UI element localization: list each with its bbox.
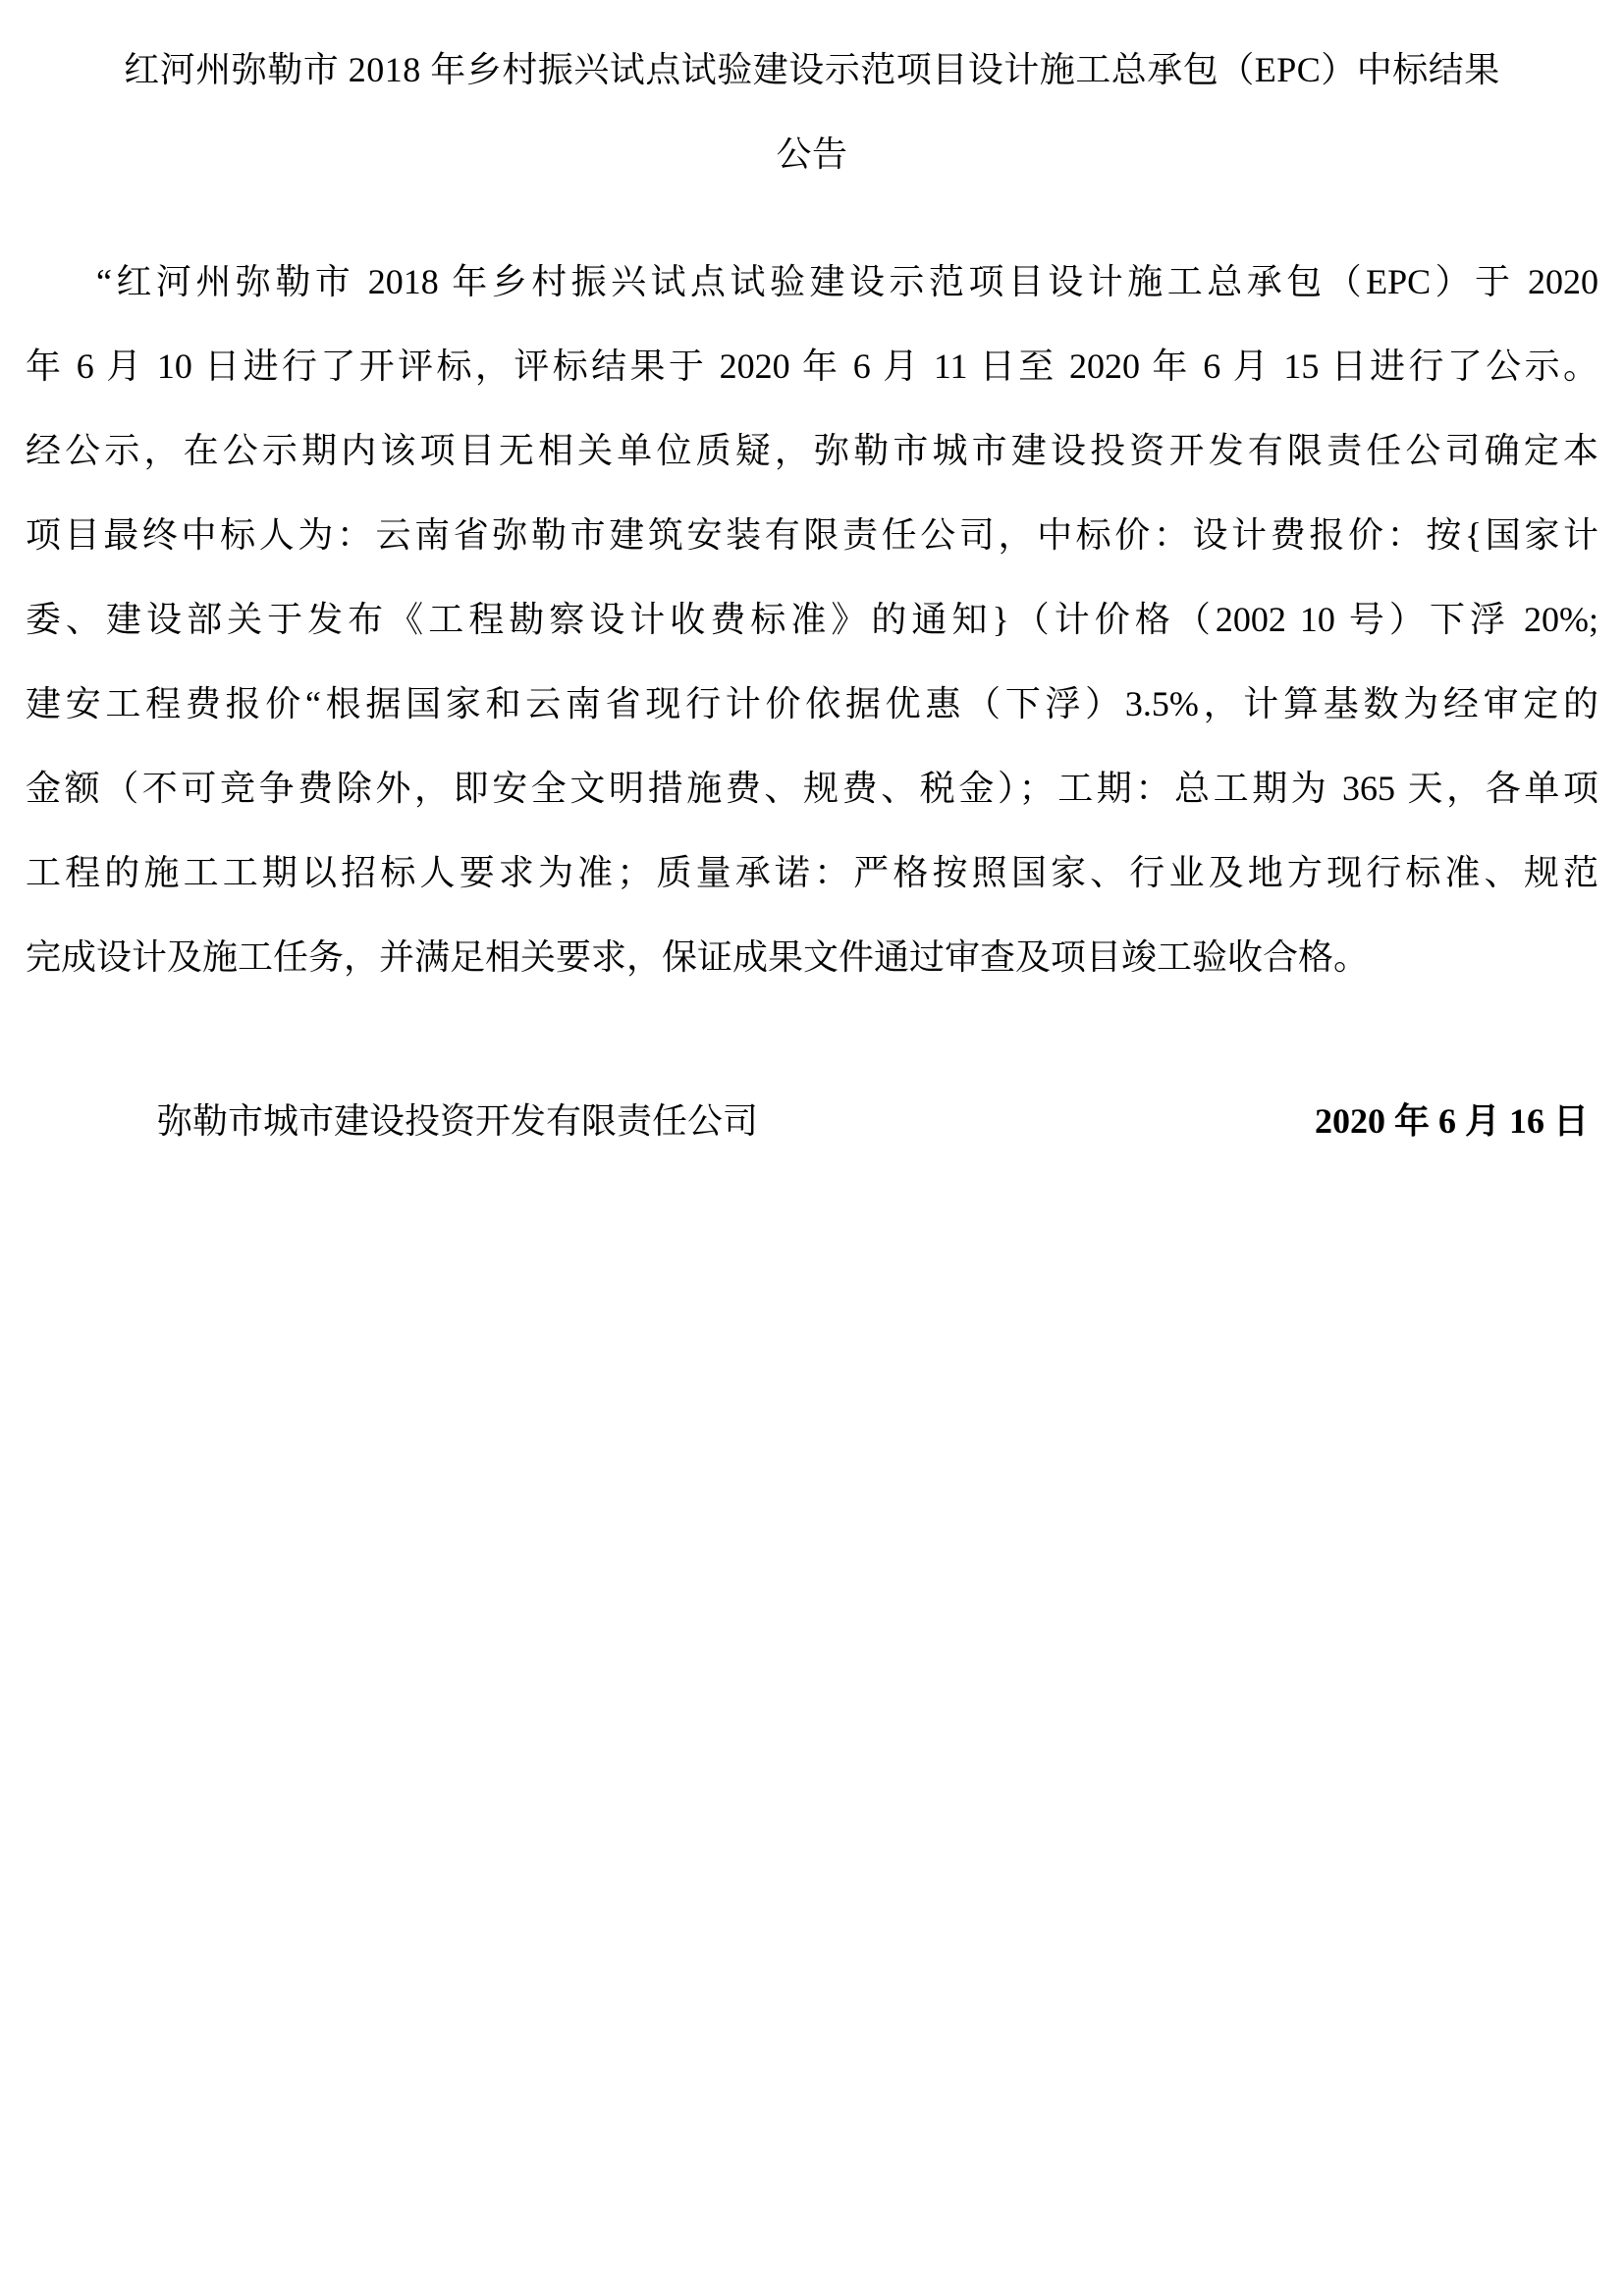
signatory-organization: 弥勒市城市建设投资开发有限责任公司 [157,1092,758,1150]
body-line-8: 工程的施工工期以招标人要求为准；质量承诺：严格按照国家、行业及地方现行标准、规范 [26,830,1598,915]
body-line-2: 年 6 月 10 日进行了开评标，评标结果于 2020 年 6 月 11 日至 … [26,324,1598,408]
title-line-2: 公告 [26,112,1598,196]
body-line-6: 建安工程费报价“根据国家和云南省现行计价依据优惠（下浮）3.5%，计算基数为经审… [26,662,1598,746]
announcement-body: “红河州弥勒市 2018 年乡村振兴试点试验建设示范项目设计施工总承包（EPC）… [26,240,1598,999]
document-page: 红河州弥勒市 2018 年乡村振兴试点试验建设示范项目设计施工总承包（EPC）中… [0,0,1624,2296]
body-line-7: 金额（不可竞争费除外，即安全文明措施费、规费、税金）；工期：总工期为 365 天… [26,746,1598,830]
body-line-1: “红河州弥勒市 2018 年乡村振兴试点试验建设示范项目设计施工总承包（EPC）… [26,240,1598,324]
body-line-4: 项目最终中标人为：云南省弥勒市建筑安装有限责任公司，中标价：设计费报价：按{国家… [26,493,1598,577]
body-line-5: 委、建设部关于发布《工程勘察设计收费标准》的通知}（计价格（2002 10 号）… [26,577,1598,662]
announcement-date: 2020 年 6 月 16 日 [1315,1092,1589,1150]
title-line-1: 红河州弥勒市 2018 年乡村振兴试点试验建设示范项目设计施工总承包（EPC）中… [26,27,1598,112]
page-title: 红河州弥勒市 2018 年乡村振兴试点试验建设示范项目设计施工总承包（EPC）中… [26,27,1598,196]
body-line-3: 经公示，在公示期内该项目无相关单位质疑，弥勒市城市建设投资开发有限责任公司确定本 [26,408,1598,493]
body-line-9: 完成设计及施工任务，并满足相关要求，保证成果文件通过审查及项目竣工验收合格。 [26,915,1598,999]
